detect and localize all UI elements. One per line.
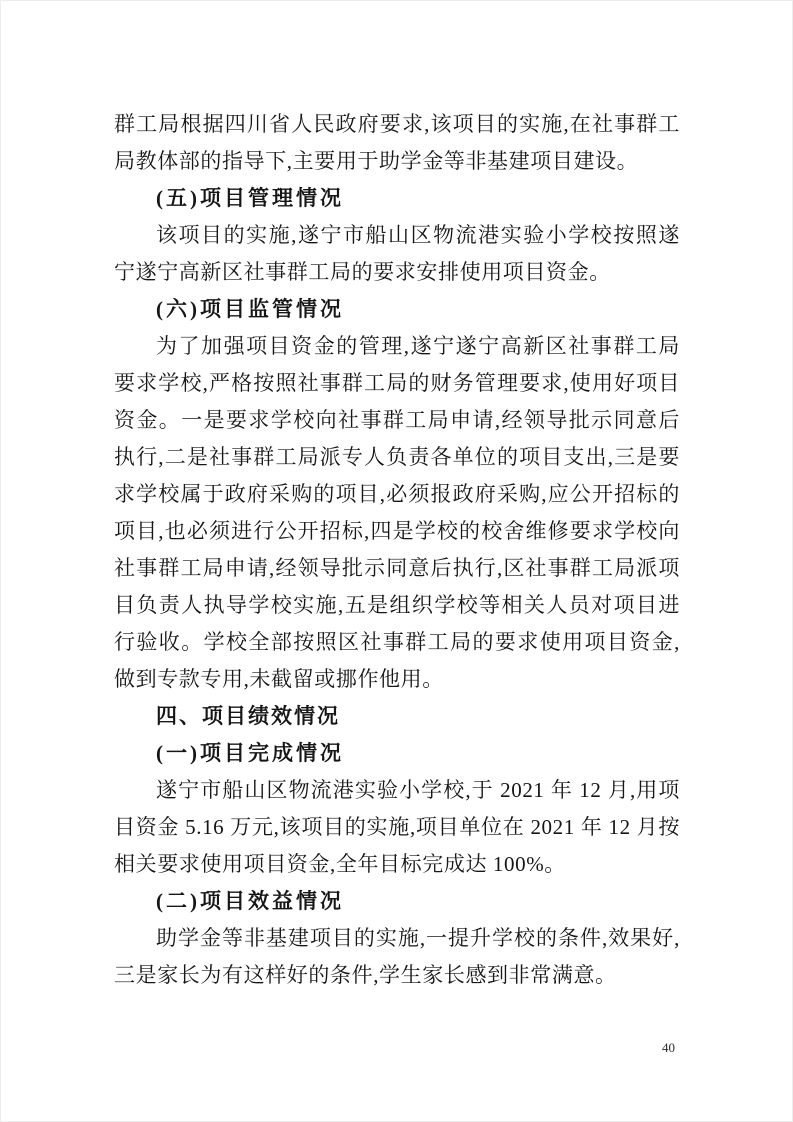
page-content: 群工局根据四川省人民政府要求,该项目的实施,在社事群工局教体部的指导下,主要用于…: [114, 106, 680, 994]
paragraph-continuation: 群工局根据四川省人民政府要求,该项目的实施,在社事群工局教体部的指导下,主要用于…: [114, 106, 680, 180]
document-page: 群工局根据四川省人民政府要求,该项目的实施,在社事群工局教体部的指导下,主要用于…: [0, 0, 793, 1122]
heading-section-5: (五)项目管理情况: [114, 180, 680, 217]
heading-section-6: (六)项目监管情况: [114, 291, 680, 328]
page-number: 40: [662, 1040, 675, 1056]
heading-section-2: (二)项目效益情况: [114, 883, 680, 920]
paragraph-supervision: 为了加强项目资金的管理,遂宁遂宁高新区社事群工局要求学校,严格按照社事群工局的财…: [114, 328, 680, 698]
paragraph-management: 该项目的实施,遂宁市船山区物流港实验小学校按照遂宁遂宁高新区社事群工局的要求安排…: [114, 217, 680, 291]
paragraph-completion: 遂宁市船山区物流港实验小学校,于 2021 年 12 月,用项目资金 5.16 …: [114, 772, 680, 883]
heading-chapter-4: 四、项目绩效情况: [114, 698, 680, 735]
heading-section-1: (一)项目完成情况: [114, 735, 680, 772]
paragraph-benefit: 助学金等非基建项目的实施,一提升学校的条件,效果好,三是家长为有这样好的条件,学…: [114, 920, 680, 994]
